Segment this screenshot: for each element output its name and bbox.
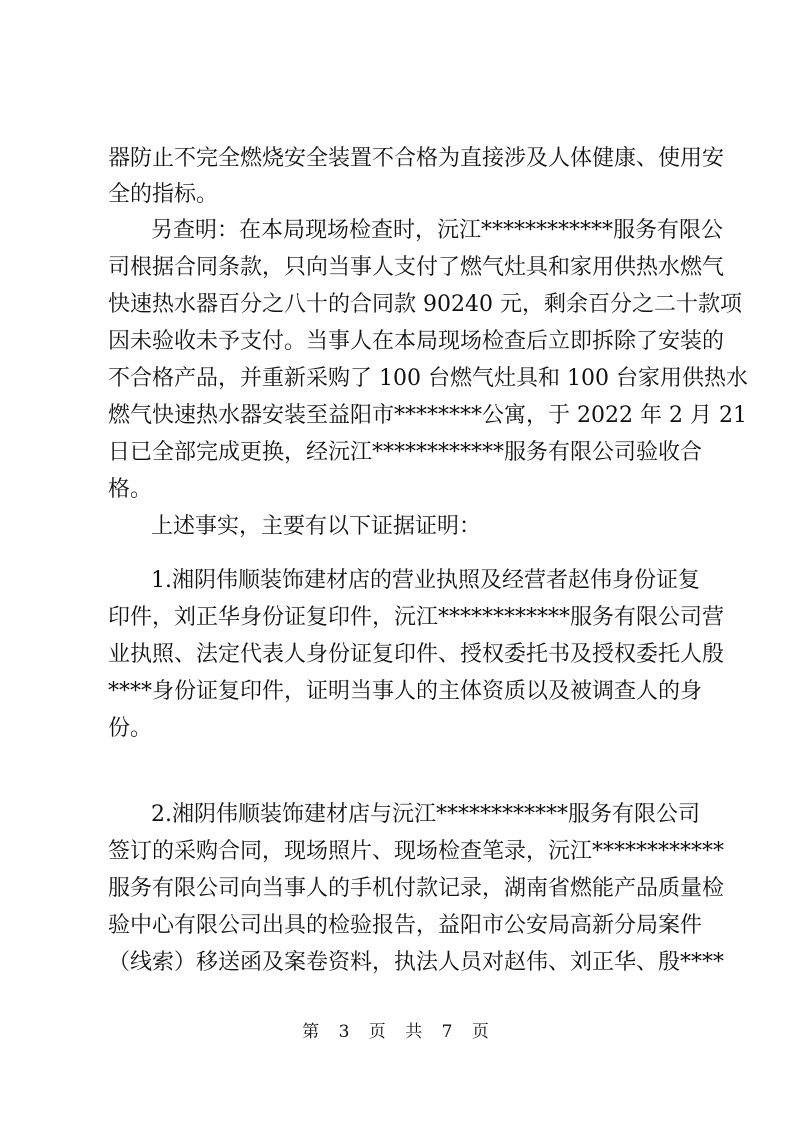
body-line: 签订的采购合同，现场照片、现场检查笔录，沅江************ — [108, 837, 691, 867]
body-line: 业执照、法定代表人身份证复印件、授权委托书及授权委托人殷 — [108, 640, 691, 670]
body-line: 燃气快速热水器安装至益阳市********公寓，于 2022 年 2 月 21 — [108, 401, 691, 431]
body-line: 因未验收未予支付。当事人在本局现场检查后立即拆除了安装的 — [108, 327, 691, 357]
body-line: 1.湘阴伟顺装饰建材店的营业执照及经营者赵伟身份证复 — [151, 566, 691, 596]
body-line: 另查明：在本局现场检查时，沅江************服务有限公 — [151, 216, 691, 246]
body-line: 不合格产品，并重新采购了 100 台燃气灶具和 100 台家用供热水 — [108, 364, 691, 394]
body-line: 格。 — [108, 475, 691, 505]
body-line: 印件，刘正华身份证复印件，沅江************服务有限公司营 — [108, 603, 691, 633]
body-line: 上述事实，主要有以下证据证明： — [151, 512, 691, 542]
body-line: 日已全部完成更换，经沅江************服务有限公司验收合 — [108, 438, 691, 468]
body-line: 快速热水器百分之八十的合同款 90240 元，剩余百分之二十款项 — [108, 290, 691, 320]
body-line: 验中心有限公司出具的检验报告，益阳市公安局高新分局案件 — [108, 911, 691, 941]
body-line: ****身份证复印件，证明当事人的主体资质以及被调查人的身 — [108, 677, 691, 707]
body-line: （线索）移送函及案卷资料，执法人员对赵伟、刘正华、殷**** — [108, 948, 691, 978]
body-line: 器防止不完全燃烧安全装置不合格为直接涉及人体健康、使用安 — [108, 144, 691, 174]
page-number-footer: 第 3 页 共 7 页 — [0, 1020, 793, 1044]
document-page: 器防止不完全燃烧安全装置不合格为直接涉及人体健康、使用安 全的指标。 另查明：在… — [0, 0, 793, 1122]
body-line: 2.湘阴伟顺装饰建材店与沅江************服务有限公司 — [151, 800, 691, 830]
body-line: 司根据合同条款，只向当事人支付了燃气灶具和家用供热水燃气 — [108, 253, 691, 283]
body-line: 服务有限公司向当事人的手机付款记录，湖南省燃能产品质量检 — [108, 874, 691, 904]
body-line: 全的指标。 — [108, 180, 691, 210]
body-line: 份。 — [108, 714, 691, 744]
